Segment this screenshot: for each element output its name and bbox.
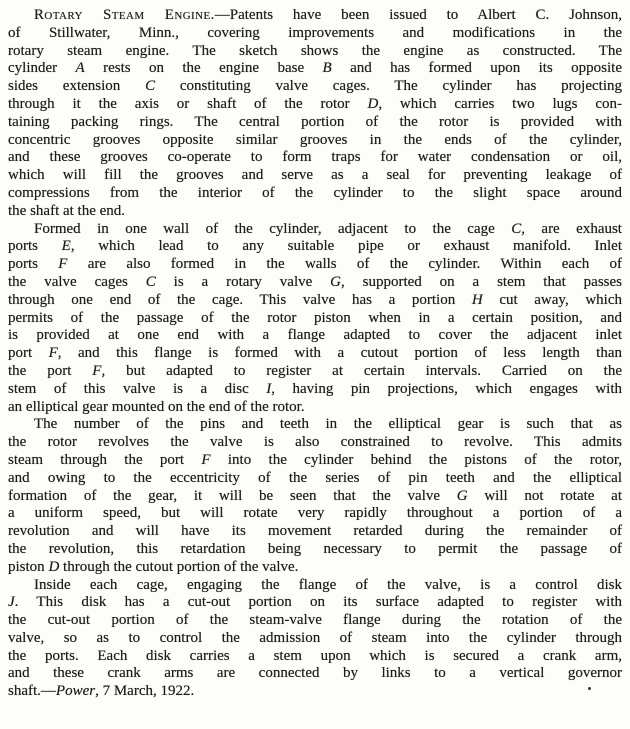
text-segment: through the cutout portion of the valve.: [59, 559, 298, 575]
italic-label: Power: [56, 683, 95, 699]
text-segment: ports: [8, 256, 58, 272]
text-segment: , and this flange is formed with a cutou…: [58, 345, 622, 361]
italic-label: F: [49, 345, 58, 361]
text-segment: formation of the gear, it will be seen t…: [8, 488, 457, 504]
text-segment: the rotor revolves the valve is also con…: [8, 434, 622, 450]
text-line: sides extension C constituting valve cag…: [8, 78, 622, 96]
text-segment: through one end of the cage. This valve …: [8, 292, 472, 308]
text-segment: through it the axis or shaft of the roto…: [8, 96, 368, 112]
text-segment: the ports. Each disk carries a stem upon…: [8, 648, 622, 664]
text-segment: , which lead to any suitable pipe or exh…: [71, 238, 622, 254]
text-segment: is provided at one end with a flange ada…: [8, 327, 622, 343]
text-segment: and has formed upon its opposite: [332, 60, 622, 76]
text-line: taining packing rings. The central porti…: [8, 114, 622, 132]
text-line: through it the axis or shaft of the roto…: [8, 96, 622, 114]
text-line: piston D through the cutout portion of t…: [8, 559, 622, 577]
text-segment: an elliptical gear mounted on the end of…: [8, 399, 305, 415]
text-line: steam through the port F into the cylind…: [8, 452, 622, 470]
text-segment: and these crank arms are connected by li…: [8, 665, 622, 681]
text-segment: and these grooves co-operate to form tra…: [8, 149, 622, 165]
text-segment: is a rotary valve: [156, 274, 330, 290]
text-segment: stem of this valve is a disc: [8, 381, 266, 397]
text-line: The number of the pins and teeth in the …: [8, 416, 622, 434]
text-line: and these grooves co-operate to form tra…: [8, 149, 622, 167]
text-segment: of Stillwater, Minn., covering improveme…: [8, 25, 622, 41]
text-segment: The number of the pins and teeth in the …: [34, 416, 622, 432]
text-segment: into the cylinder behind the pistons of …: [211, 452, 622, 468]
text-segment: Inside each cage, engaging the flange of…: [34, 577, 622, 593]
text-segment: sides extension: [8, 78, 145, 94]
text-segment: valve, so as to control the admission of…: [8, 630, 622, 646]
ink-speck-artifact: [588, 687, 591, 690]
text-segment: are also formed in the walls of the cyli…: [67, 256, 622, 272]
text-line: the revolution, this retardation being n…: [8, 541, 622, 559]
text-line: revolution and will have its movement re…: [8, 523, 622, 541]
text-line: through one end of the cage. This valve …: [8, 292, 622, 310]
text-segment: taining packing rings. The central porti…: [8, 114, 622, 130]
text-line: port F, and this flange is formed with a…: [8, 345, 622, 363]
text-line: is provided at one end with a flange ada…: [8, 327, 622, 345]
italic-label: D: [48, 559, 59, 575]
text-line: and owing to the eccentricity of the ser…: [8, 470, 622, 488]
paragraph-4: Inside each cage, engaging the flange of…: [8, 577, 622, 702]
text-line: the valve cages C is a rotary valve G, s…: [8, 274, 622, 292]
text-line: an elliptical gear mounted on the end of…: [8, 399, 622, 417]
text-line: concentric grooves opposite similar groo…: [8, 132, 622, 150]
text-segment: port: [8, 345, 49, 361]
text-line: the ports. Each disk carries a stem upon…: [8, 648, 622, 666]
text-line: formation of the gear, it will be seen t…: [8, 488, 622, 506]
italic-label: J: [8, 594, 15, 610]
italic-label: C: [511, 221, 521, 237]
text-line: Formed in one wall of the cylinder, adja…: [8, 221, 622, 239]
text-segment: , which carries two lugs con-: [378, 96, 622, 112]
text-segment: the shaft at the end.: [8, 203, 125, 219]
text-line: the port F, but adapted to register at c…: [8, 363, 622, 381]
text-segment: will not rotate at: [468, 488, 622, 504]
text-line: and these crank arms are connected by li…: [8, 665, 622, 683]
italic-label: D: [368, 96, 379, 112]
text-segment: —Patents have been issued to Albert C. J…: [215, 7, 622, 23]
italic-label: F: [201, 452, 210, 468]
text-segment: shaft.—: [8, 683, 56, 699]
text-segment: rests on the engine base: [85, 60, 323, 76]
paragraph-3: The number of the pins and teeth in the …: [8, 416, 622, 576]
text-segment: cylinder: [8, 60, 76, 76]
text-segment: ports: [8, 238, 62, 254]
text-line: cylinder A rests on the engine base B an…: [8, 60, 622, 78]
text-segment: concentric grooves opposite similar groo…: [8, 132, 622, 148]
text-segment: , supported on a stem that passes: [341, 274, 622, 290]
text-line: a uniform speed, but will rotate very ra…: [8, 505, 622, 523]
text-segment: permits of the passage of the rotor pist…: [8, 310, 622, 326]
article-text: Rotary Steam Engine.—Patents have been i…: [8, 7, 622, 701]
italic-label: B: [323, 60, 332, 76]
text-segment: constituting valve cages. The cylinder h…: [155, 78, 622, 94]
text-segment: piston: [8, 559, 48, 575]
text-line: stem of this valve is a disc I, having p…: [8, 381, 622, 399]
text-line: of Stillwater, Minn., covering improveme…: [8, 25, 622, 43]
text-line: Inside each cage, engaging the flange of…: [8, 577, 622, 595]
scanned-document-page: Rotary Steam Engine.—Patents have been i…: [0, 0, 630, 729]
italic-label: G: [457, 488, 468, 504]
text-line: valve, so as to control the admission of…: [8, 630, 622, 648]
text-line: permits of the passage of the rotor pist…: [8, 310, 622, 328]
text-line: the shaft at the end.: [8, 203, 622, 221]
paragraph-2: Formed in one wall of the cylinder, adja…: [8, 221, 622, 417]
text-line: Rotary Steam Engine.—Patents have been i…: [8, 7, 622, 25]
italic-label: E: [62, 238, 71, 254]
text-line: the rotor revolves the valve is also con…: [8, 434, 622, 452]
text-segment: , are exhaust: [521, 221, 622, 237]
text-segment: compressions from the interior of the cy…: [8, 185, 622, 201]
text-segment: the port: [8, 363, 92, 379]
article-heading: Rotary Steam Engine.: [34, 7, 215, 23]
text-segment: , having pin projections, which engages …: [271, 381, 622, 397]
italic-label: C: [146, 274, 156, 290]
text-segment: which will fill the grooves and serve as…: [8, 167, 622, 183]
text-segment: a uniform speed, but will rotate very ra…: [8, 505, 622, 521]
italic-label: C: [145, 78, 155, 94]
text-line: compressions from the interior of the cy…: [8, 185, 622, 203]
text-line: rotary steam engine. The sketch shows th…: [8, 43, 622, 61]
text-segment: rotary steam engine. The sketch shows th…: [8, 43, 622, 59]
text-segment: Formed in one wall of the cylinder, adja…: [34, 221, 511, 237]
text-segment: the valve cages: [8, 274, 146, 290]
text-segment: cut away, which: [483, 292, 622, 308]
text-line: shaft.—Power, 7 March, 1922.: [8, 683, 622, 701]
italic-label: H: [472, 292, 483, 308]
text-line: J. This disk has a cut-out portion on it…: [8, 594, 622, 612]
text-segment: revolution and will have its movement re…: [8, 523, 622, 539]
text-line: the cut-out portion of the steam-valve f…: [8, 612, 622, 630]
italic-label: G: [330, 274, 341, 290]
text-segment: the revolution, this retardation being n…: [8, 541, 622, 557]
text-line: which will fill the grooves and serve as…: [8, 167, 622, 185]
paragraph-1: Rotary Steam Engine.—Patents have been i…: [8, 7, 622, 221]
text-segment: steam through the port: [8, 452, 201, 468]
text-segment: . This disk has a cut-out portion on its…: [15, 594, 622, 610]
text-segment: and owing to the eccentricity of the ser…: [8, 470, 622, 486]
text-segment: the cut-out portion of the steam-valve f…: [8, 612, 622, 628]
italic-label: A: [76, 60, 85, 76]
text-line: ports F are also formed in the walls of …: [8, 256, 622, 274]
text-segment: , but adapted to register at certain int…: [101, 363, 622, 379]
text-line: ports E, which lead to any suitable pipe…: [8, 238, 622, 256]
text-segment: , 7 March, 1922.: [95, 683, 194, 699]
